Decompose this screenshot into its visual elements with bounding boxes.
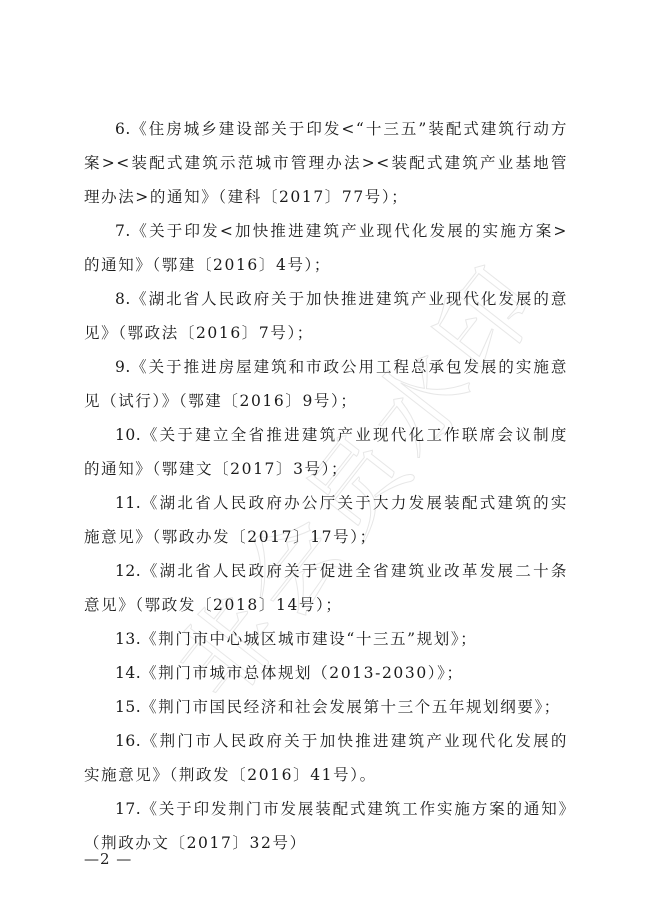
page-number: —2 — (84, 850, 132, 868)
list-item: 10.《关于建立全省推进建筑产业现代化工作联席会议制度的通知》（鄂建文〔2017… (84, 418, 568, 486)
item-number: 10. (115, 426, 141, 444)
list-item: 13.《荆门市中心城区城市建设“十三五”规划》； (84, 622, 568, 656)
list-item: 11.《湖北省人民政府办公厅关于大力发展装配式建筑的实施意见》（鄂政办发〔201… (84, 486, 568, 554)
item-text: 《关于建立全省推进建筑产业现代化工作联席会议制度的通知》（鄂建文〔2017〕3号… (84, 426, 568, 478)
item-number: 13. (115, 630, 141, 648)
document-page: 非会员水印 6.《住房城乡建设部关于印发<“十三五”装配式建筑行动方案><装配式… (0, 0, 650, 919)
item-number: 6. (115, 120, 131, 138)
item-number: 9. (115, 358, 131, 376)
item-number: 17. (115, 800, 141, 818)
item-text: 《荆门市中心城区城市建设“十三五”规划》； (141, 630, 477, 648)
reference-list: 6.《住房城乡建设部关于印发<“十三五”装配式建筑行动方案><装配式建筑示范城市… (84, 112, 568, 860)
item-text: 《荆门市人民政府关于加快推进建筑产业现代化发展的实施意见》（荆政发〔2016〕4… (84, 732, 568, 784)
list-item: 9.《关于推进房屋建筑和市政公用工程总承包发展的实施意见（试行）》（鄂建〔201… (84, 350, 568, 418)
item-text: 《湖北省人民政府办公厅关于大力发展装配式建筑的实施意见》（鄂政办发〔2017〕1… (84, 494, 568, 546)
list-item: 15.《荆门市国民经济和社会发展第十三个五年规划纲要》； (84, 690, 568, 724)
item-text: 《湖北省人民政府关于加快推进建筑产业现代化发展的意见》（鄂政法〔2016〕7号）… (84, 290, 568, 342)
item-text: 《关于推进房屋建筑和市政公用工程总承包发展的实施意见（试行）》（鄂建〔2016〕… (84, 358, 568, 410)
item-text: 《关于印发<加快推进建筑产业现代化发展的实施方案>的通知》（鄂建〔2016〕4号… (84, 222, 568, 274)
item-text: 《关于印发荆门市发展装配式建筑工作实施方案的通知》（荆政办文〔2017〕32号） (84, 800, 568, 852)
item-text: 《荆门市国民经济和社会发展第十三个五年规划纲要》； (141, 698, 561, 716)
list-item: 16.《荆门市人民政府关于加快推进建筑产业现代化发展的实施意见》（荆政发〔201… (84, 724, 568, 792)
list-item: 7.《关于印发<加快推进建筑产业现代化发展的实施方案>的通知》（鄂建〔2016〕… (84, 214, 568, 282)
list-item: 12.《湖北省人民政府关于促进全省建筑业改革发展二十条意见》（鄂政发〔2018〕… (84, 554, 568, 622)
item-number: 14. (115, 664, 141, 682)
item-number: 8. (115, 290, 131, 308)
list-item: 8.《湖北省人民政府关于加快推进建筑产业现代化发展的意见》（鄂政法〔2016〕7… (84, 282, 568, 350)
list-item: 14.《荆门市城市总体规划（2013-2030）》； (84, 656, 568, 690)
item-text: 《湖北省人民政府关于促进全省建筑业改革发展二十条意见》（鄂政发〔2018〕14号… (84, 562, 568, 614)
item-number: 16. (115, 732, 141, 750)
item-number: 15. (115, 698, 141, 716)
item-number: 11. (115, 494, 141, 512)
item-text: 《荆门市城市总体规划（2013-2030）》； (141, 664, 463, 682)
item-number: 12. (115, 562, 141, 580)
item-text: 《住房城乡建设部关于印发<“十三五”装配式建筑行动方案><装配式建筑示范城市管理… (84, 120, 568, 206)
item-number: 7. (115, 222, 131, 240)
list-item: 6.《住房城乡建设部关于印发<“十三五”装配式建筑行动方案><装配式建筑示范城市… (84, 112, 568, 214)
list-item: 17.《关于印发荆门市发展装配式建筑工作实施方案的通知》（荆政办文〔2017〕3… (84, 792, 568, 860)
